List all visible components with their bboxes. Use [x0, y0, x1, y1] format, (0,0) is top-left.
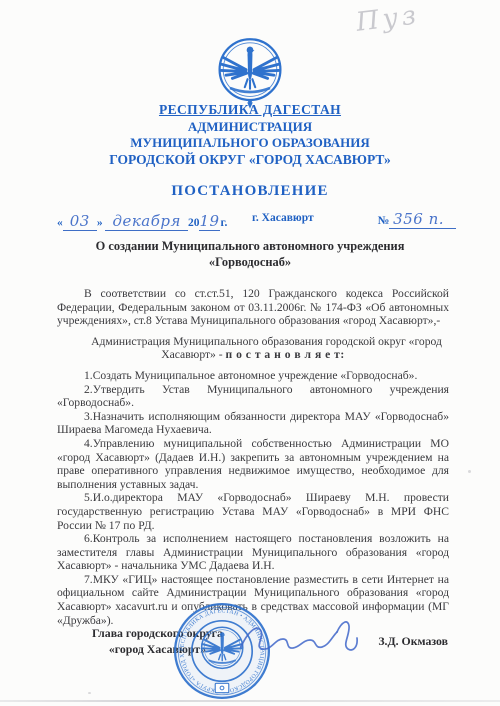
date-field: «03» декабря2019г.	[57, 212, 227, 230]
item-4: 4.Управлению муниципальной собственность…	[57, 437, 449, 491]
resolution-verb: п о с т а н о в л я е т:	[226, 348, 345, 361]
item-5: 5.И.о.директора МАУ «Горводоснаб» Шираев…	[57, 491, 449, 532]
letterhead-republic: РЕСПУБЛИКА ДАГЕСТАН	[0, 102, 500, 119]
handwritten-month: декабря	[105, 212, 187, 231]
number-label: №	[378, 215, 390, 227]
handwritten-number: 356 п.	[389, 210, 456, 229]
letterhead-municipal: МУНИЦИПАЛЬНОГО ОБРАЗОВАНИЯ	[0, 135, 500, 152]
pencil-annotation: Пуз	[354, 0, 421, 38]
handwritten-signature-icon	[236, 607, 362, 665]
stamp-bottom-box	[215, 683, 229, 692]
resolution-line: Администрация Муниципального образования…	[57, 335, 449, 362]
year-printed: 20	[188, 217, 200, 229]
preamble-paragraph: В соответствии со ст.ст.51, 120 Гражданс…	[57, 287, 449, 328]
quote-open: «	[57, 217, 63, 229]
letterhead-city-district: ГОРОДСКОЙ ОКРУГ «ГОРОД ХАСАВЮРТ»	[0, 152, 500, 169]
city-label: г. Хасавюрт	[252, 212, 314, 224]
document-type-heading: ПОСТАНОВЛЕНИЕ	[0, 183, 500, 200]
year-suffix: г.	[221, 217, 228, 229]
letterhead: РЕСПУБЛИКА ДАГЕСТАН АДМИНИСТРАЦИЯ МУНИЦИ…	[0, 102, 500, 168]
item-1: 1.Создать Муниципальное автономное учреж…	[57, 369, 449, 383]
item-2: 2.Утвердить Устав Муниципального автоном…	[57, 383, 449, 410]
document-title: О создании Муниципального автономного уч…	[65, 238, 435, 270]
dagestan-coat-of-arms-icon	[202, 32, 298, 112]
scan-speck	[88, 692, 91, 694]
item-6: 6.Контроль за исполнением настоящего пос…	[57, 532, 449, 573]
signatory-name: З.Д. Окмазов	[378, 634, 448, 649]
item-3: 3.Назначить исполняющим обязанности дире…	[57, 410, 449, 437]
document-body: В соответствии со ст.ст.51, 120 Гражданс…	[57, 287, 449, 627]
document-number-field: №356 п.	[378, 210, 456, 228]
scanned-document-page: Пуз РЕСПУБЛИКА ДАГЕСТАН АДМИНИСТРАЦИЯ	[0, 0, 500, 706]
scan-speck	[468, 470, 471, 473]
letterhead-administration: АДМИНИСТРАЦИЯ	[0, 119, 500, 136]
scan-edge-shadow	[0, 700, 500, 702]
handwritten-day: 03	[63, 212, 97, 231]
handwritten-year: 19	[199, 212, 219, 231]
dateline: «03» декабря2019г. г. Хасавюрт №356 п.	[0, 206, 500, 232]
quote-close: »	[97, 217, 103, 229]
